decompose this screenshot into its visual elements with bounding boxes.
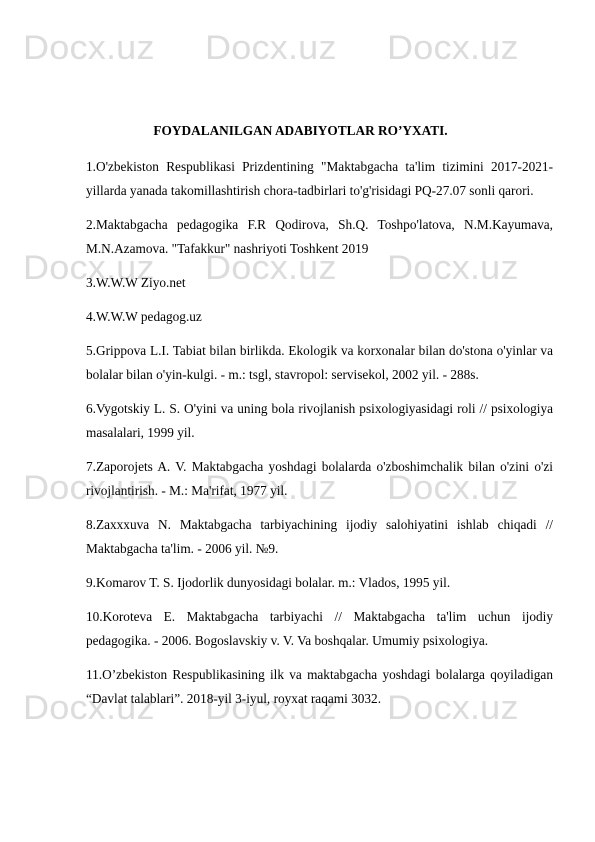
reference-item: 7.Zaporojets A. V. Maktabgacha yoshdagi … bbox=[86, 455, 553, 503]
reference-item: 9.Komarov T. S. Ijodorlik dunyosidagi bo… bbox=[86, 571, 553, 595]
reference-item: 6.Vygotskiy L. S. O'yini va uning bola r… bbox=[86, 397, 553, 445]
document-page: FOYDALANILGAN ADABIYOTLAR RO’YXATI. 1.O'… bbox=[0, 0, 595, 842]
reference-item: 1.O'zbekiston Respublikasi Prizdentining… bbox=[86, 155, 553, 203]
reference-item: 11.O’zbekiston Respublikasining ilk va m… bbox=[86, 663, 553, 711]
reference-list: 1.O'zbekiston Respublikasi Prizdentining… bbox=[86, 155, 553, 721]
reference-item: 2.Maktabgacha pedagogika F.R Qodirova, S… bbox=[86, 213, 553, 261]
reference-item: 5.Grippova L.I. Tabiat bilan birlikda. E… bbox=[86, 339, 553, 387]
reference-item: 3.W.W.W Ziyo.net bbox=[86, 271, 553, 295]
reference-item: 8.Zaxxxuva N. Maktabgacha tarbiyachining… bbox=[86, 513, 553, 561]
reference-item: 4.W.W.W pedagog.uz bbox=[86, 305, 553, 329]
reference-item: 10.Koroteva E. Maktabgacha tarbiyachi //… bbox=[86, 605, 553, 653]
page-title: FOYDALANILGAN ADABIYOTLAR RO’YXATI. bbox=[86, 122, 553, 140]
